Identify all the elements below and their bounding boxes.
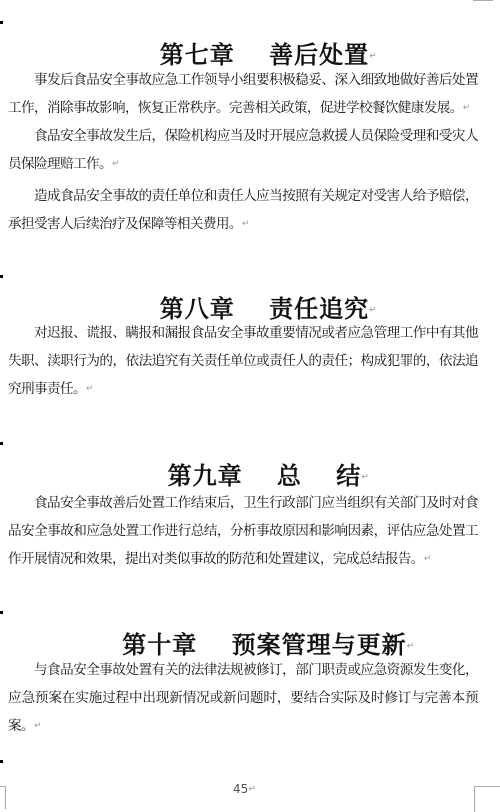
paragraph[interactable]: 食品安全事故善后处置工作结束后，卫生行政部门应当组织有关部门及时对食品安全事故和… (8, 489, 478, 573)
document-page[interactable]: 第七章 善后处置↵ 事发后食品安全事故应急工作领导小组要积极稳妥、深入细致地做好… (0, 0, 500, 812)
paragraph-mark-icon: ↵ (361, 473, 370, 483)
paragraph-mark-icon: ↵ (463, 103, 470, 113)
paragraph[interactable]: 与食品安全事故处置有关的法律法规被修订，部门职责或应急资源发生变化，应急预案在实… (8, 656, 478, 740)
empty-paragraph-bullet (0, 760, 3, 763)
heading-text: 第十章 预案管理与更新 (122, 630, 406, 659)
paragraph[interactable]: 食品安全事故发生后，保险机构应当及时开展应急救援人员保险受理和受灾人员保险理赔工… (8, 122, 478, 178)
paragraph[interactable]: 对迟报、谎报、瞒报和漏报食品安全事故重要情况或者应急管理工作中有其他失职、渎职行… (8, 319, 478, 403)
paragraph-mark-icon: ↵ (34, 721, 41, 731)
paragraph-mark-icon: ↵ (112, 159, 119, 169)
crop-mark-bottom-right (474, 786, 500, 812)
page-number: 45↵ (233, 782, 256, 796)
heading-text: 第九章 总 结 (168, 461, 362, 490)
paragraph-mark-icon: ↵ (424, 554, 431, 564)
crop-mark-bottom-left (0, 786, 6, 809)
heading-text: 第七章 善后处置 (160, 40, 369, 69)
paragraph[interactable]: 造成食品安全事故的责任单位和责任人应当按照有关规定对受害人给予赔偿，承担受害人后… (8, 182, 478, 238)
paragraph[interactable]: 事发后食品安全事故应急工作领导小组要积极稳妥、深入细致地做好善后处置工作，消除事… (8, 66, 478, 122)
paragraph-mark-icon: ↵ (369, 52, 378, 62)
crop-mark-top-right (473, 0, 493, 1)
paragraph-mark-icon: ↵ (242, 219, 249, 229)
paragraph-mark-icon: ↵ (86, 384, 93, 394)
paragraph-mark-icon: ↵ (369, 306, 378, 316)
paragraph-mark-icon: ↵ (248, 785, 256, 795)
paragraph-mark-icon: ↵ (407, 642, 416, 652)
